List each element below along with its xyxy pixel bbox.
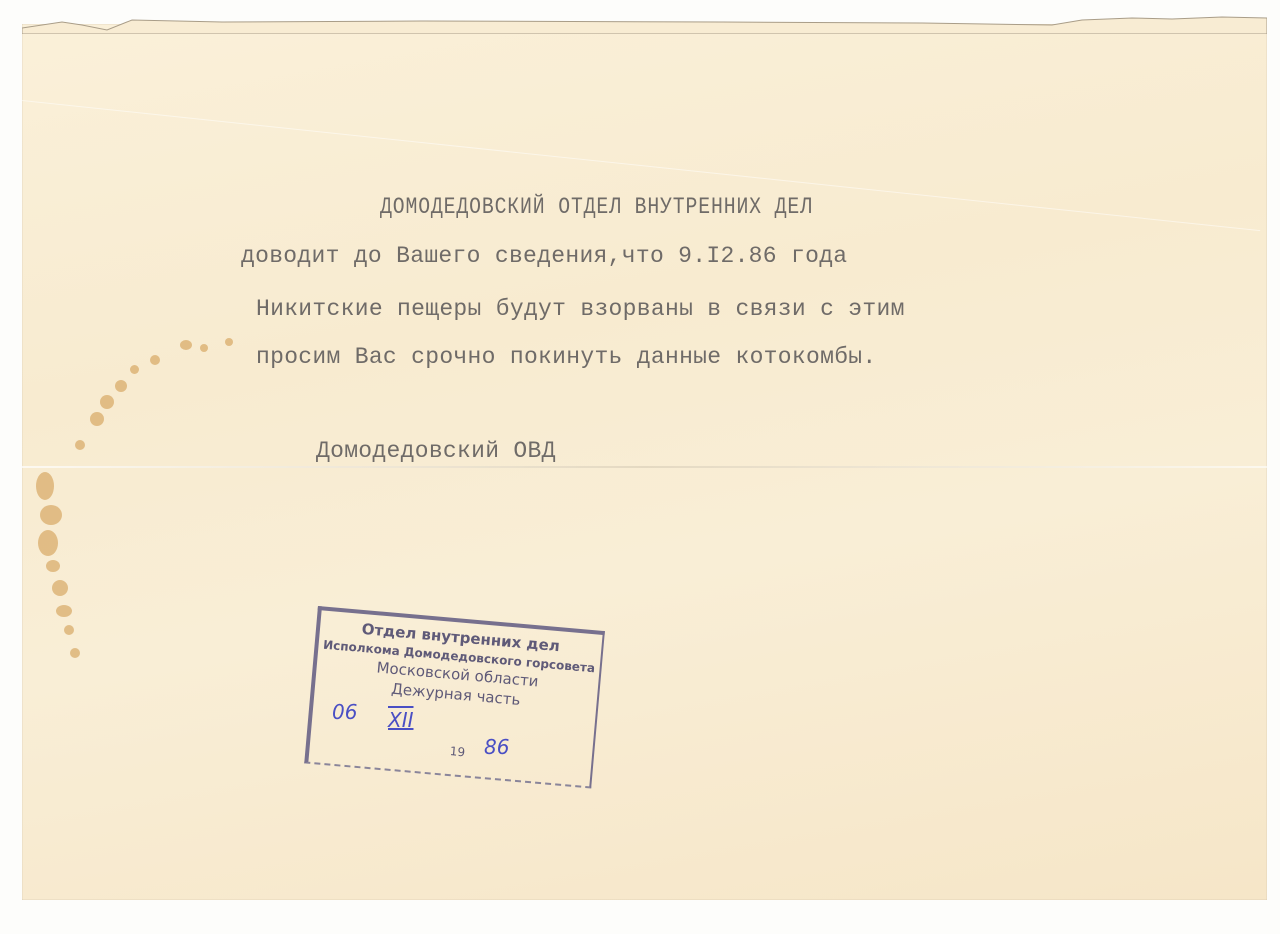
handwritten-year: 86 <box>484 735 509 759</box>
body-line-3: просим Вас срочно покинуть данные котоко… <box>256 344 877 370</box>
handwritten-day: 06 <box>332 700 357 724</box>
paper-sheet <box>22 24 1267 900</box>
signature: Домодедовский ОВД <box>316 438 556 464</box>
torn-edge <box>22 16 1267 34</box>
official-stamp: Отдел внутренних дел Исполкома Домодедов… <box>304 606 605 788</box>
document-heading: ДОМОДЕДОВСКИЙ ОТДЕЛ ВНУТРЕННИХ ДЕЛ <box>380 194 813 220</box>
body-line-1: доводит до Вашего сведения,что 9.I2.86 г… <box>241 243 847 269</box>
fold-line <box>22 466 1267 468</box>
handwritten-month: XII <box>388 708 414 732</box>
stamp-year-prefix: 19 <box>449 744 465 759</box>
body-line-2: Никитские пещеры будут взорваны в связи … <box>256 296 905 322</box>
